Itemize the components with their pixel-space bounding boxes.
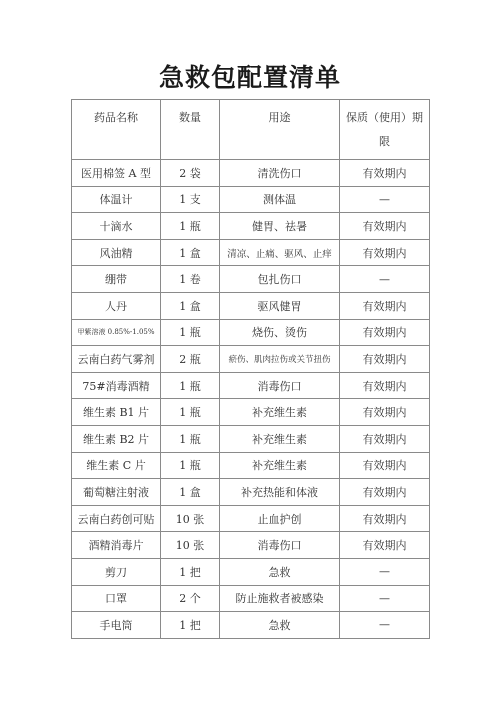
cell-quantity: 1 支 [161, 186, 220, 213]
cell-quantity: 1 瓶 [161, 213, 220, 240]
table-row: 十滴水 1 瓶 健胃、祛暑 有效期内 [72, 213, 430, 240]
cell-shelf-life: 有效期内 [340, 425, 430, 452]
table-row: 风油精 1 盒 清凉、止痛、驱风、止痒 有效期内 [72, 239, 430, 266]
cell-name: 75#消毒酒精 [72, 372, 161, 399]
cell-name: 云南白药创可贴 [72, 505, 161, 532]
cell-shelf-life: — [340, 558, 430, 585]
cell-usage: 补充维生素 [220, 399, 340, 426]
cell-name: 维生素 C 片 [72, 452, 161, 479]
cell-quantity: 2 个 [161, 585, 220, 612]
cell-name: 十滴水 [72, 213, 161, 240]
table-row: 维生素 B1 片 1 瓶 补充维生素 有效期内 [72, 399, 430, 426]
cell-quantity: 1 把 [161, 612, 220, 639]
cell-shelf-life: — [340, 585, 430, 612]
cell-name: 绷带 [72, 266, 161, 293]
cell-quantity: 2 瓶 [161, 346, 220, 373]
cell-name: 云南白药气雾剂 [72, 346, 161, 373]
cell-shelf-life: 有效期内 [340, 160, 430, 187]
cell-name: 口罩 [72, 585, 161, 612]
cell-usage: 补充维生素 [220, 452, 340, 479]
table-row: 维生素 B2 片 1 瓶 补充维生素 有效期内 [72, 425, 430, 452]
cell-shelf-life: 有效期内 [340, 319, 430, 346]
cell-usage: 消毒伤口 [220, 532, 340, 559]
cell-shelf-life: 有效期内 [340, 532, 430, 559]
table-row: 云南白药创可贴 10 张 止血护创 有效期内 [72, 505, 430, 532]
cell-quantity: 1 盒 [161, 479, 220, 506]
cell-usage: 包扎伤口 [220, 266, 340, 293]
cell-usage: 急救 [220, 558, 340, 585]
cell-shelf-life: 有效期内 [340, 399, 430, 426]
table-row: 绷带 1 卷 包扎伤口 — [72, 266, 430, 293]
cell-name: 维生素 B2 片 [72, 425, 161, 452]
table-row: 维生素 C 片 1 瓶 补充维生素 有效期内 [72, 452, 430, 479]
cell-quantity: 1 瓶 [161, 425, 220, 452]
cell-name: 人丹 [72, 292, 161, 319]
table-header-row: 药品名称 数量 用途 保质（使用）期限 [72, 100, 430, 160]
cell-shelf-life: — [340, 266, 430, 293]
table-row: 云南白药气雾剂 2 瓶 瘀伤、肌肉拉伤或关节扭伤 有效期内 [72, 346, 430, 373]
cell-shelf-life: 有效期内 [340, 505, 430, 532]
cell-shelf-life: — [340, 186, 430, 213]
cell-quantity: 1 卷 [161, 266, 220, 293]
cell-usage: 急救 [220, 612, 340, 639]
cell-name: 剪刀 [72, 558, 161, 585]
cell-shelf-life: 有效期内 [340, 213, 430, 240]
cell-shelf-life: 有效期内 [340, 372, 430, 399]
table-row: 酒精消毒片 10 张 消毒伤口 有效期内 [72, 532, 430, 559]
table-row: 手电筒 1 把 急救 — [72, 612, 430, 639]
cell-shelf-life: 有效期内 [340, 292, 430, 319]
table-row: 甲紫溶液 0.85%-1.05% 1 瓶 烧伤、烫伤 有效期内 [72, 319, 430, 346]
cell-quantity: 1 瓶 [161, 372, 220, 399]
table-row: 人丹 1 盒 驱风健胃 有效期内 [72, 292, 430, 319]
cell-shelf-life: 有效期内 [340, 452, 430, 479]
cell-usage: 烧伤、烫伤 [220, 319, 340, 346]
cell-quantity: 1 瓶 [161, 319, 220, 346]
table-row: 75#消毒酒精 1 瓶 消毒伤口 有效期内 [72, 372, 430, 399]
cell-name: 维生素 B1 片 [72, 399, 161, 426]
table-row: 医用棉签 A 型 2 袋 清洗伤口 有效期内 [72, 160, 430, 187]
table-row: 剪刀 1 把 急救 — [72, 558, 430, 585]
table-row: 口罩 2 个 防止施救者被感染 — [72, 585, 430, 612]
first-aid-kit-table: 药品名称 数量 用途 保质（使用）期限 医用棉签 A 型 2 袋 清洗伤口 有效… [71, 99, 430, 639]
cell-quantity: 1 盒 [161, 239, 220, 266]
cell-usage: 驱风健胃 [220, 292, 340, 319]
cell-name: 甲紫溶液 0.85%-1.05% [72, 319, 161, 346]
table-row: 体温计 1 支 测体温 — [72, 186, 430, 213]
cell-usage: 瘀伤、肌肉拉伤或关节扭伤 [220, 346, 340, 373]
cell-shelf-life: 有效期内 [340, 239, 430, 266]
cell-name: 风油精 [72, 239, 161, 266]
header-shelf-life: 保质（使用）期限 [340, 100, 430, 160]
cell-usage: 清凉、止痛、驱风、止痒 [220, 239, 340, 266]
page-title: 急救包配置清单 [0, 58, 500, 94]
cell-quantity: 1 盒 [161, 292, 220, 319]
cell-usage: 防止施救者被感染 [220, 585, 340, 612]
cell-name: 葡萄糖注射液 [72, 479, 161, 506]
cell-name: 酒精消毒片 [72, 532, 161, 559]
header-name: 药品名称 [72, 100, 161, 160]
cell-quantity: 10 张 [161, 532, 220, 559]
cell-usage: 清洗伤口 [220, 160, 340, 187]
cell-quantity: 1 把 [161, 558, 220, 585]
cell-quantity: 2 袋 [161, 160, 220, 187]
cell-usage: 消毒伤口 [220, 372, 340, 399]
cell-name: 体温计 [72, 186, 161, 213]
cell-name: 手电筒 [72, 612, 161, 639]
cell-usage: 健胃、祛暑 [220, 213, 340, 240]
header-quantity: 数量 [161, 100, 220, 160]
cell-quantity: 1 瓶 [161, 399, 220, 426]
cell-usage: 补充热能和体液 [220, 479, 340, 506]
cell-shelf-life: 有效期内 [340, 346, 430, 373]
table-row: 葡萄糖注射液 1 盒 补充热能和体液 有效期内 [72, 479, 430, 506]
cell-usage: 补充维生素 [220, 425, 340, 452]
cell-shelf-life: — [340, 612, 430, 639]
cell-usage: 止血护创 [220, 505, 340, 532]
cell-quantity: 1 瓶 [161, 452, 220, 479]
cell-usage: 测体温 [220, 186, 340, 213]
cell-shelf-life: 有效期内 [340, 479, 430, 506]
header-usage: 用途 [220, 100, 340, 160]
cell-name: 医用棉签 A 型 [72, 160, 161, 187]
cell-quantity: 10 张 [161, 505, 220, 532]
